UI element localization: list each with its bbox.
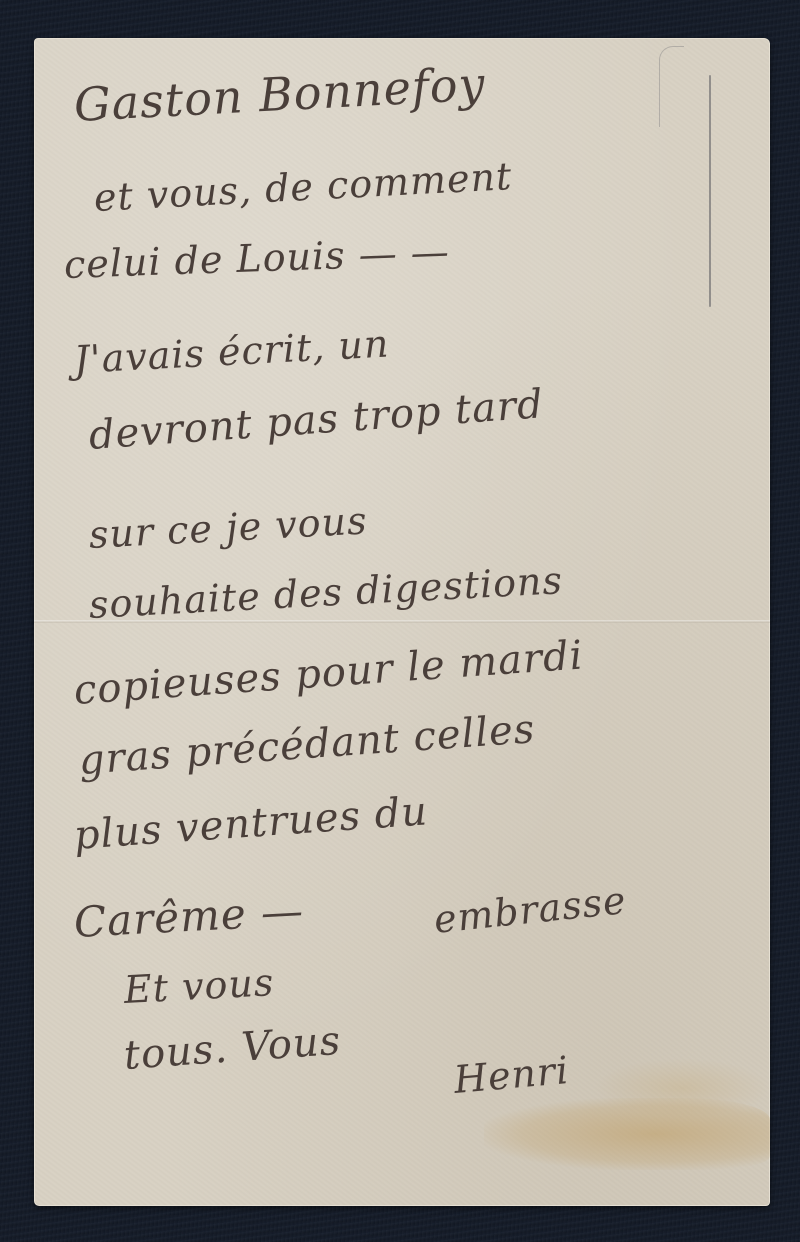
text-line: souhaite des digestions <box>88 558 564 627</box>
text-line: Carême — <box>73 886 305 947</box>
text-line: J'avais écrit, un <box>73 322 391 382</box>
signature: Henri <box>452 1048 571 1102</box>
salutation-line: Gaston Bonnefoy <box>73 56 487 131</box>
text-line: celui de Louis — — <box>63 230 450 287</box>
text-line: sur ce je vous <box>88 498 369 557</box>
text-line: et vous, de comment <box>93 154 513 220</box>
text-line: gras précédant celles <box>77 706 536 784</box>
text-line: devront pas trop tard <box>87 381 545 459</box>
letter-paper: Gaston Bonnefoy et vous, de comment celu… <box>34 38 770 1206</box>
closing-line: tous. Vous <box>122 1018 342 1079</box>
text-line: embrasse <box>432 878 629 942</box>
text-line: plus ventrues du <box>72 788 429 859</box>
handwritten-text: Gaston Bonnefoy et vous, de comment celu… <box>34 38 770 1206</box>
closing-line: Et vous <box>123 960 276 1012</box>
text-line: copieuses pour le mardi <box>72 632 584 714</box>
